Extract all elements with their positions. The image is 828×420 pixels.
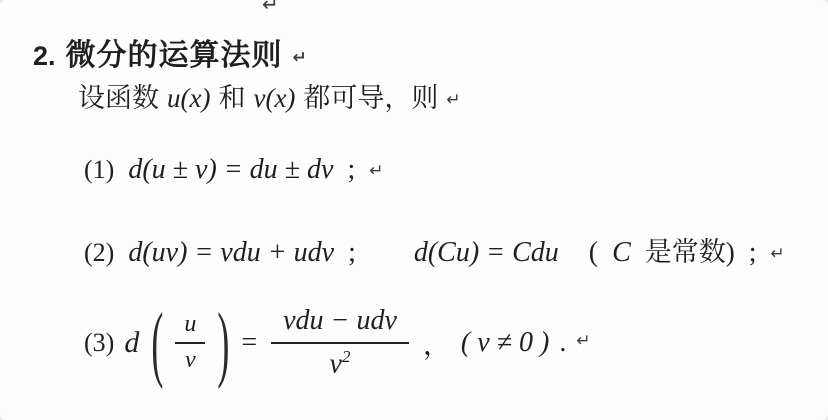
- note-open-paren: (: [589, 237, 598, 269]
- quotient-rule-fraction: vdu − udv v2: [271, 305, 409, 381]
- return-arrow-icon: ↵: [262, 0, 279, 16]
- math-v-of-x: v(x): [253, 83, 295, 114]
- period: .: [559, 327, 566, 359]
- formula-1-equation: d(u ± v) = du ± dv: [128, 154, 333, 186]
- denominator-exponent: 2: [342, 347, 351, 366]
- fraction-numerator: u: [175, 311, 205, 344]
- note-constant-symbol: C: [612, 237, 631, 269]
- nonzero-condition: ( v ≠ 0 ): [461, 327, 549, 359]
- intro-text: 设函数: [78, 76, 159, 115]
- formula-2-punctuation-2: ;: [749, 237, 757, 269]
- heading-number: 2.: [33, 41, 56, 72]
- return-arrow-icon: ↵: [771, 244, 785, 264]
- formula-1-label: (1): [84, 155, 114, 185]
- intro-text: 和: [218, 76, 245, 115]
- intro-text: 都可导，则: [303, 76, 438, 115]
- intro-line: 设函数 u(x) 和 v(x) 都可导，则 ↵: [78, 76, 461, 115]
- math-u-of-x: u(x): [167, 83, 210, 114]
- note-text: 是常数): [645, 230, 735, 269]
- equals-sign: =: [241, 327, 257, 359]
- return-arrow-icon: ↵: [576, 331, 590, 351]
- formula-2-product-rule: d(uv) = vdu + udv: [128, 237, 334, 269]
- return-arrow-icon: ↵: [293, 48, 307, 68]
- comma: ，: [423, 323, 451, 363]
- document-page: ↵ 2. 微分的运算法则 ↵ 设函数 u(x) 和 v(x) 都可导，则 ↵ (…: [0, 0, 828, 420]
- return-arrow-icon: ↵: [369, 161, 383, 181]
- fraction-denominator: v2: [330, 344, 351, 381]
- return-arrow-icon: ↵: [446, 90, 460, 110]
- u-over-v-fraction: u v: [175, 311, 205, 374]
- section-heading: 2. 微分的运算法则 ↵: [33, 30, 307, 74]
- formula-2-constant-rule: d(Cu) = Cdu: [414, 237, 559, 269]
- denominator-base: v: [330, 349, 342, 380]
- formula-3-row: (3) d ( u v ) = vdu − udv v2 ， ( v ≠ 0 )…: [84, 296, 591, 390]
- formula-2-punctuation: ;: [348, 237, 356, 269]
- formula-1-row: (1) d(u ± v) = du ± dv ; ↵: [84, 154, 384, 186]
- formula-2-row: (2) d(uv) = vdu + udv ; d(Cu) = Cdu ( C …: [84, 230, 785, 269]
- formula-1-punctuation: ;: [347, 154, 355, 186]
- formula-3-label: (3): [84, 328, 114, 358]
- big-close-paren: ): [217, 301, 229, 386]
- fraction-numerator: vdu − udv: [271, 305, 409, 344]
- big-open-paren: (: [151, 301, 163, 386]
- fraction-denominator: v: [185, 344, 196, 375]
- heading-title: 微分的运算法则: [66, 30, 283, 74]
- formula-2-label: (2): [84, 238, 114, 268]
- differential-operator: d: [124, 326, 139, 360]
